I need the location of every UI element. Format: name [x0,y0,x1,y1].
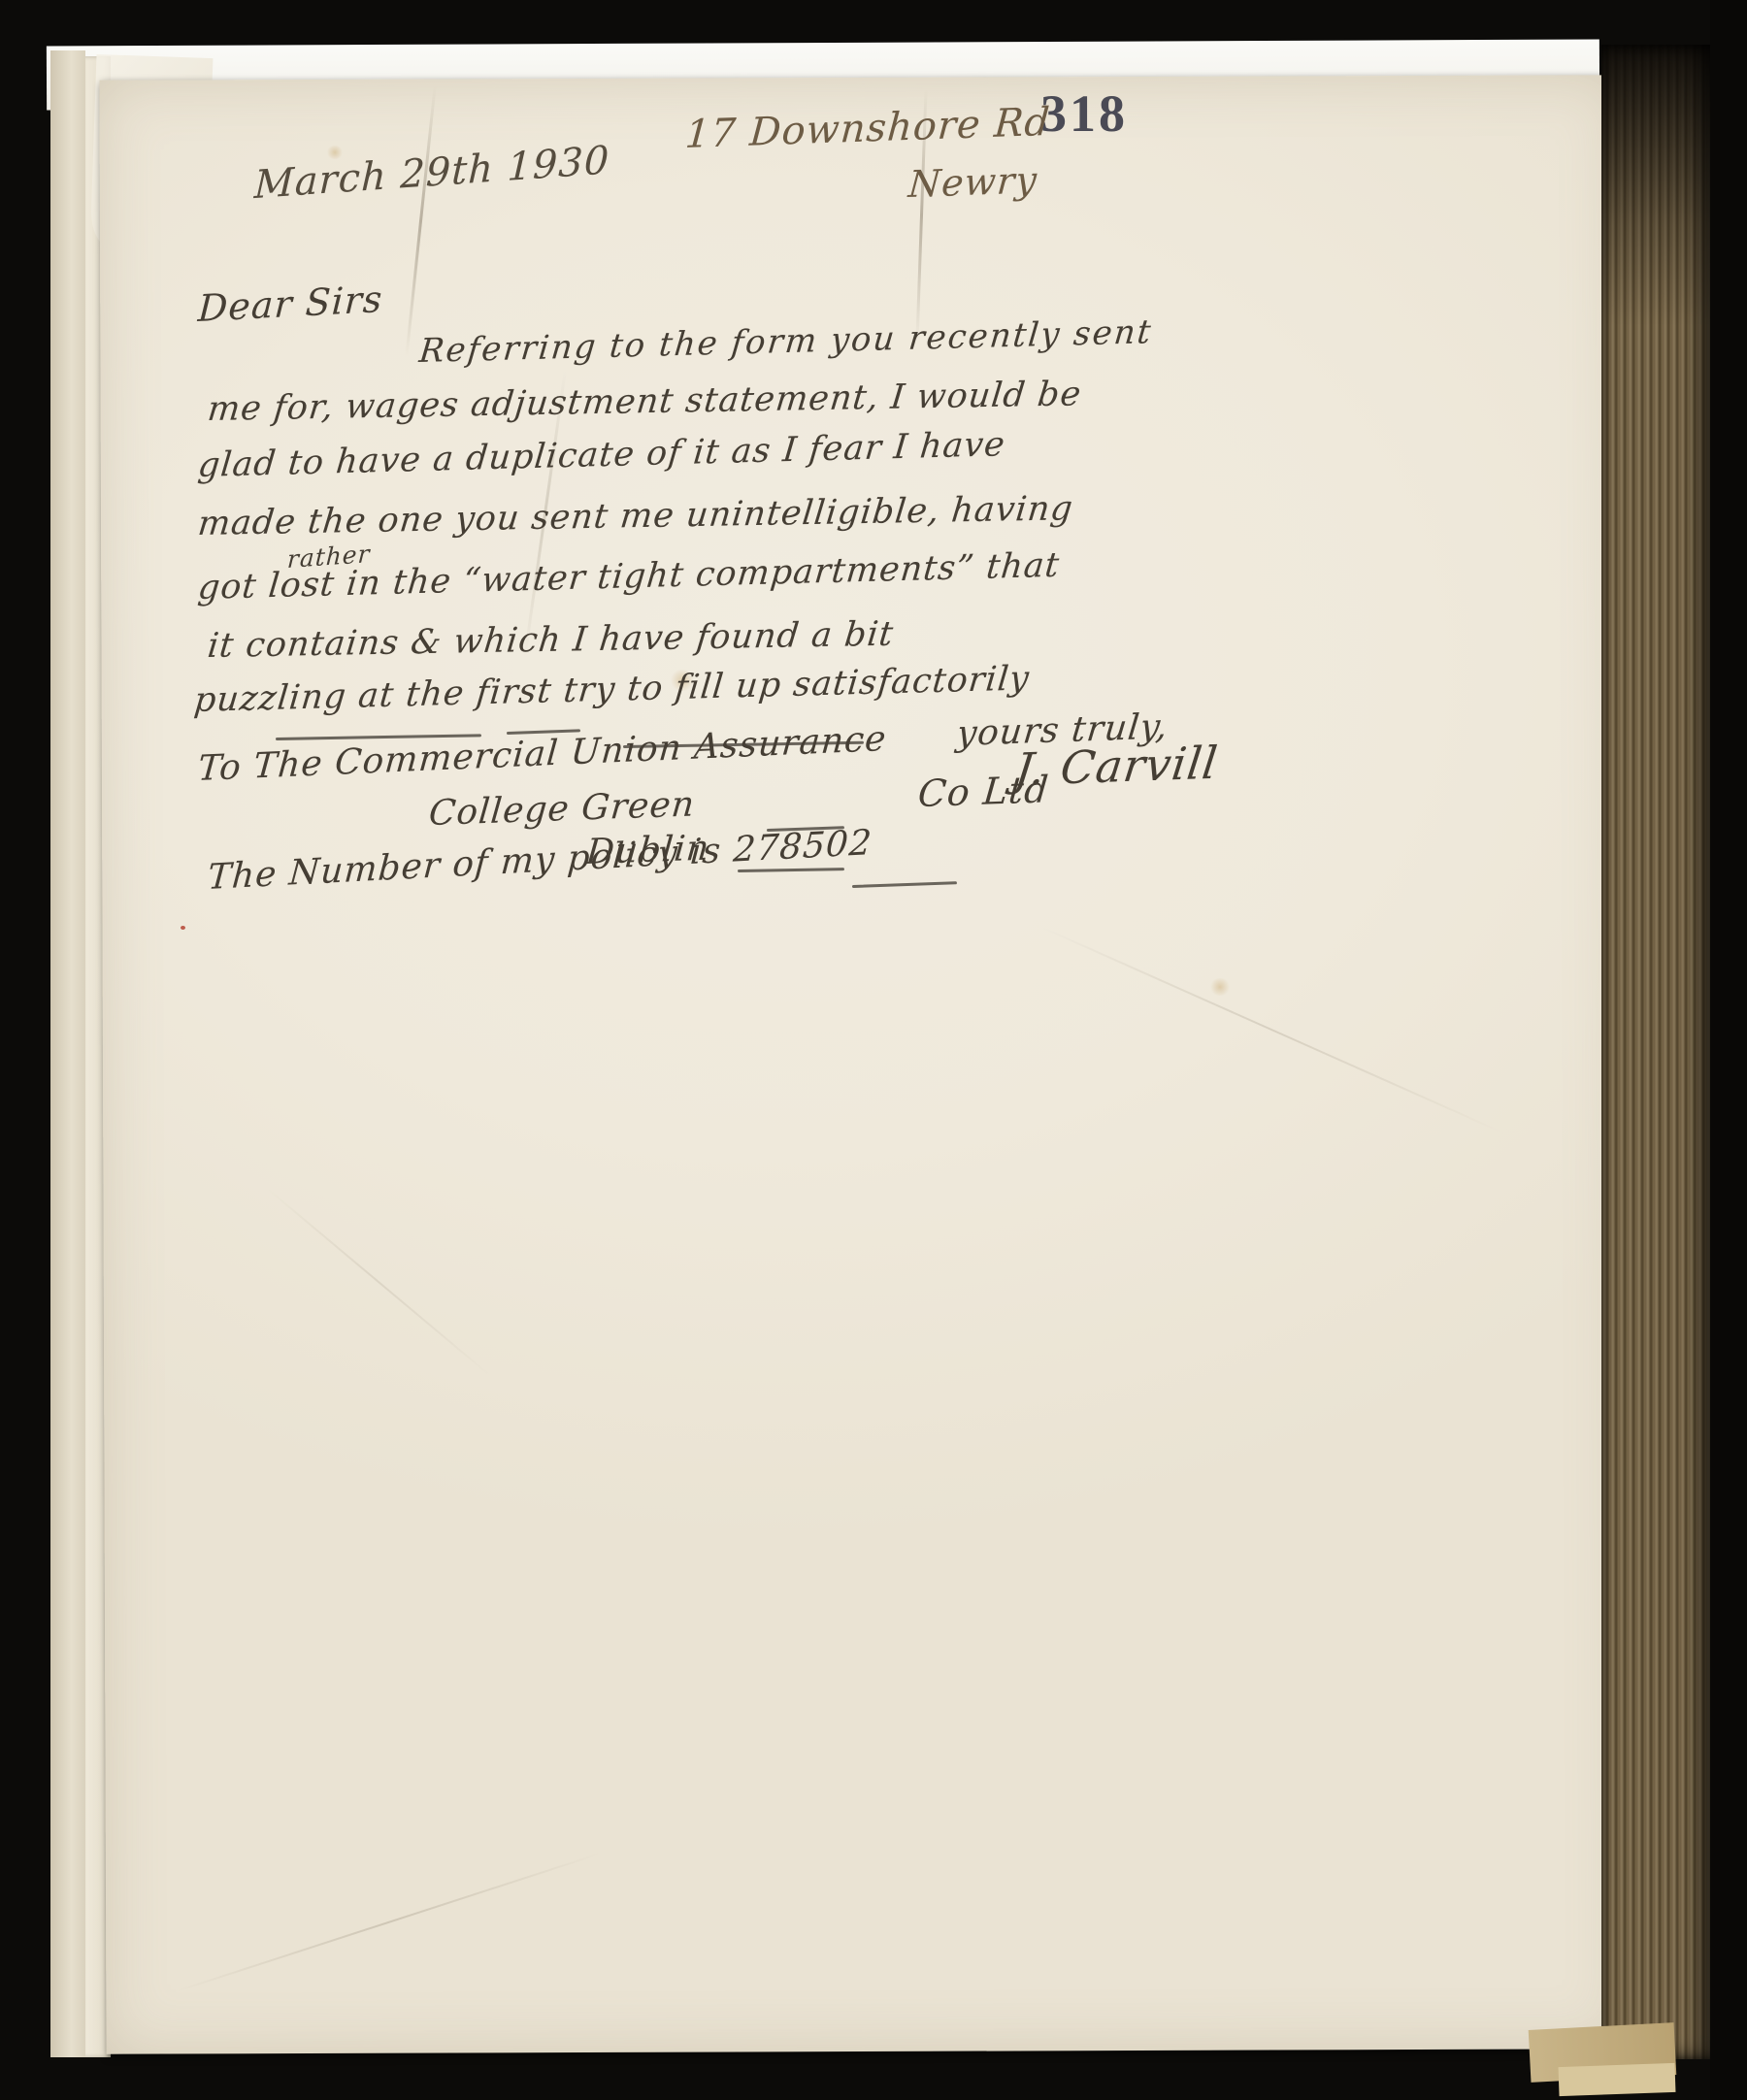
left-page-stack-edge [50,50,85,2057]
letter-page [99,75,1626,2053]
foxing-spot [1209,978,1231,996]
folio-number: 318 [1040,83,1128,144]
red-ink-speck [181,926,185,930]
scanned-letter-photo: 318 17 Downshore Rd Newry March 29th 193… [0,0,1747,2100]
corner-paper-fragment-small [1559,2063,1676,2096]
address-line-2: Newry [906,158,1038,206]
book-cover-edge [1710,0,1747,2100]
signature: J. Carvill [1012,737,1221,797]
book-fore-edge-pages [1601,45,1720,2059]
